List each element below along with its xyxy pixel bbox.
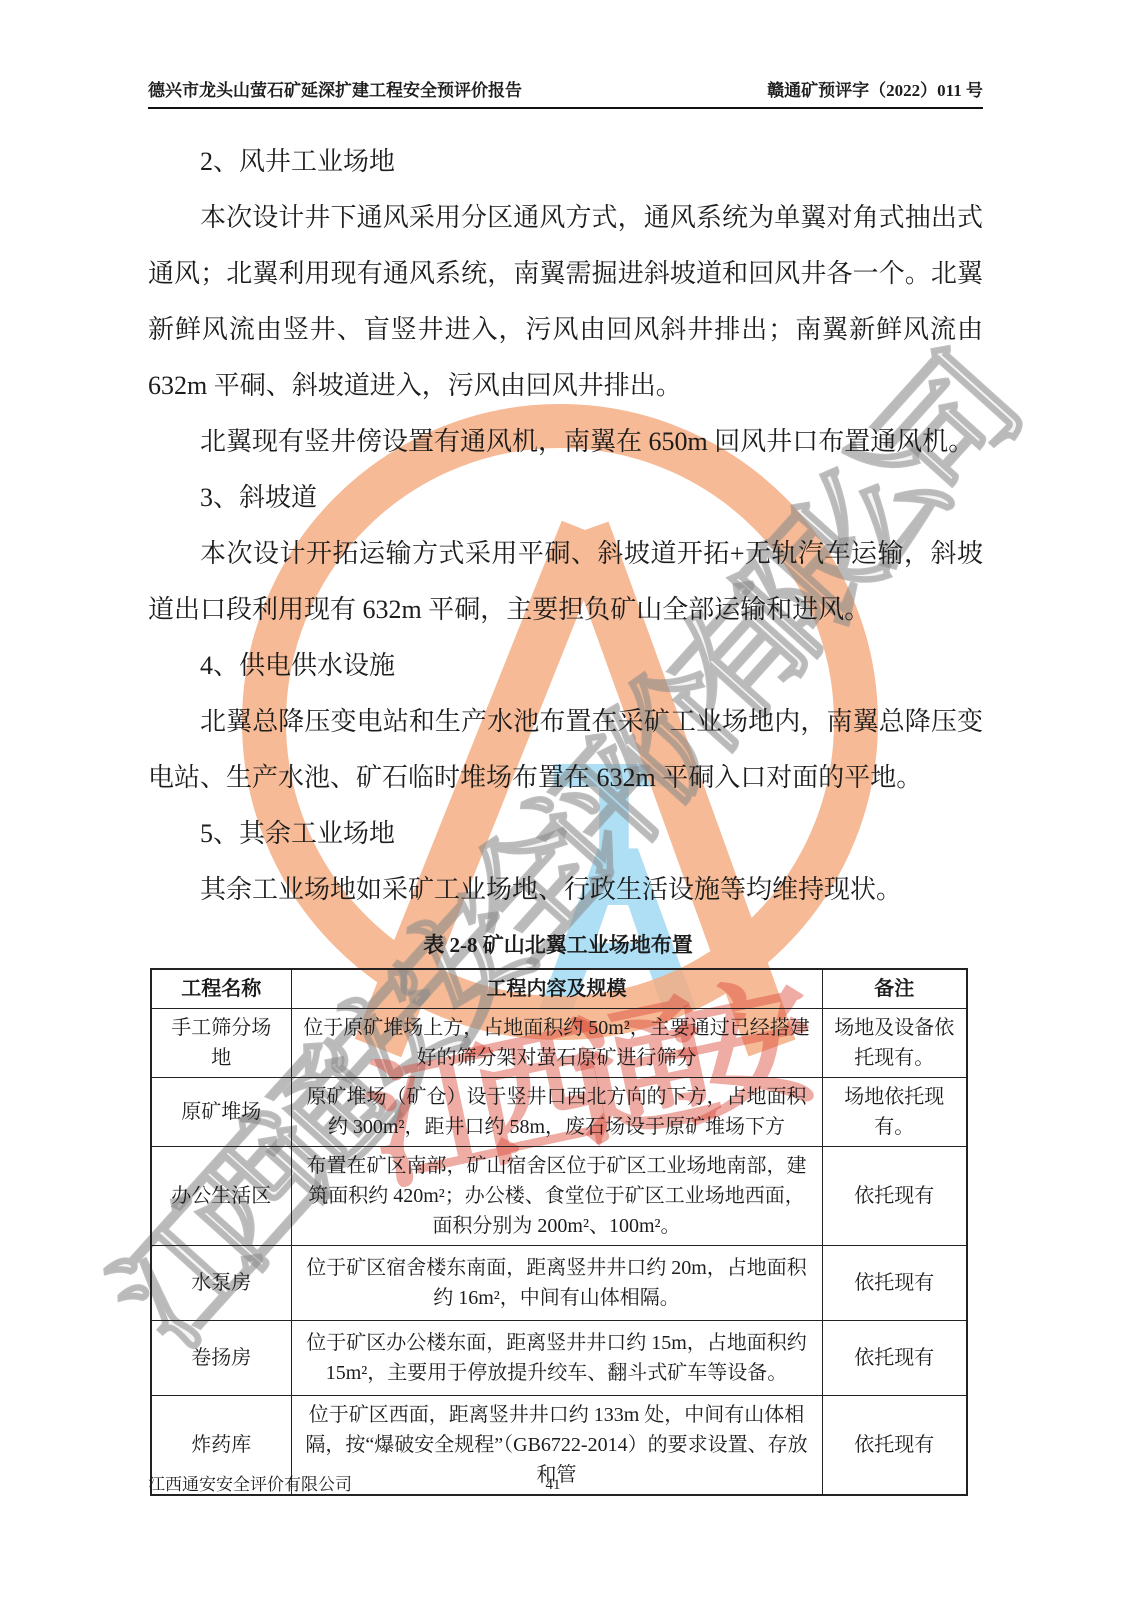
table-row: 水泵房 位于矿区宿舍楼东南面，距离竖井井口约 20m，占地面积约 16m²，中间… [151,1246,967,1321]
section-heading: 5、其余工业场地 [148,806,983,862]
table-row: 卷扬房 位于矿区办公楼东面，距离竖井井口约 15m，占地面积约 15m²，主要用… [151,1321,967,1396]
paragraph: 北翼现有竖井傍设置有通风机，南翼在 650m 回风井口布置通风机。 [148,414,983,470]
cell-content: 位于矿区办公楼东面，距离竖井井口约 15m，占地面积约 15m²，主要用于停放提… [291,1321,822,1396]
table-row: 手工筛分场地 位于原矿堆场上方，占地面积约 50m²，主要通过已经搭建好的筛分架… [151,1009,967,1078]
cell-note: 依托现有 [822,1147,967,1246]
section-heading: 4、供电供水设施 [148,638,983,694]
column-header-project-name: 工程名称 [151,969,291,1009]
cell-project-name: 办公生活区 [151,1147,291,1246]
cell-project-name: 水泵房 [151,1246,291,1321]
cell-content: 位于原矿堆场上方，占地面积约 50m²，主要通过已经搭建好的筛分架对萤石原矿进行… [291,1009,822,1078]
table-row: 原矿堆场 原矿堆场（矿仓）设于竖井口西北方向的下方，占地面积约 300m²，距井… [151,1078,967,1147]
table-header-row: 工程名称 工程内容及规模 备注 [151,969,967,1009]
cell-project-name: 卷扬房 [151,1321,291,1396]
header-report-title: 德兴市龙头山萤石矿延深扩建工程安全预评价报告 [148,80,522,102]
industrial-site-table: 工程名称 工程内容及规模 备注 手工筛分场地 位于原矿堆场上方，占地面积约 50… [150,968,968,1496]
table-row: 办公生活区 布置在矿区南部，矿山宿舍区位于矿区工业场地南部，建筑面积约 420m… [151,1147,967,1246]
cell-note: 依托现有 [822,1246,967,1321]
section-heading: 2、风井工业场地 [148,134,983,190]
document-page: T A 江西通安安全评价有限公司 江西通安 德兴市龙头山萤石矿延深扩建工程安全预… [0,0,1131,1600]
cell-note: 场地及设备依托现有。 [822,1009,967,1078]
cell-content: 原矿堆场（矿仓）设于竖井口西北方向的下方，占地面积约 300m²，距井口约 58… [291,1078,822,1147]
table-caption: 表 2-8 矿山北翼工业场地布置 [150,932,966,958]
table-section: 表 2-8 矿山北翼工业场地布置 工程名称 工程内容及规模 备注 手工筛分场地 … [150,932,966,1496]
cell-content: 位于矿区宿舍楼东南面，距离竖井井口约 20m，占地面积约 16m²，中间有山体相… [291,1246,822,1321]
section-heading: 3、斜坡道 [148,470,983,526]
paragraph: 本次设计井下通风采用分区通风方式，通风系统为单翼对角式抽出式通风；北翼利用现有通… [148,190,983,414]
cell-project-name: 原矿堆场 [151,1078,291,1147]
column-header-note: 备注 [822,969,967,1009]
paragraph: 北翼总降压变电站和生产水池布置在采矿工业场地内，南翼总降压变电站、生产水池、矿石… [148,694,983,806]
paragraph: 其余工业场地如采矿工业场地、行政生活设施等均维持现状。 [148,862,983,918]
body-text: 2、风井工业场地 本次设计井下通风采用分区通风方式，通风系统为单翼对角式抽出式通… [148,134,983,918]
page-content: 德兴市龙头山萤石矿延深扩建工程安全预评价报告 赣通矿预评字（2022）011 号… [0,0,1131,1600]
cell-note: 依托现有 [822,1321,967,1396]
header-doc-number: 赣通矿预评字（2022）011 号 [767,80,983,102]
page-header: 德兴市龙头山萤石矿延深扩建工程安全预评价报告 赣通矿预评字（2022）011 号 [148,80,983,109]
column-header-content-scale: 工程内容及规模 [291,969,822,1009]
cell-content: 布置在矿区南部，矿山宿舍区位于矿区工业场地南部，建筑面积约 420m²；办公楼、… [291,1147,822,1246]
paragraph: 本次设计开拓运输方式采用平硐、斜坡道开拓+无轨汽车运输，斜坡道出口段利用现有 6… [148,526,983,638]
cell-note: 场地依托现有。 [822,1078,967,1147]
cell-project-name: 手工筛分场地 [151,1009,291,1078]
page-number: 41 [0,1475,1106,1495]
